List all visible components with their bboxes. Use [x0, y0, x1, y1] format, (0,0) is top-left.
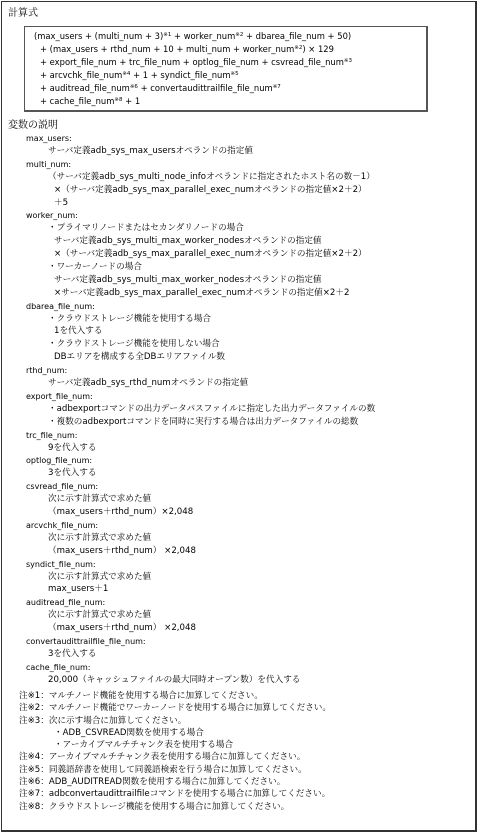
variable-description: 1を代入する — [54, 326, 102, 337]
variable-name: worker_num: — [26, 210, 78, 221]
formula-heading: 計算式 — [8, 8, 38, 20]
variable-description: DBエリアを構成する全DBエリアファイル数 — [54, 352, 225, 363]
variable-description: サーバ定義adb_sys_max_usersオペランドの指定値 — [48, 146, 253, 157]
variable-description: ・adbexportコマンドの出力データパスファイルに指定した出力データファイル… — [48, 404, 375, 415]
note-line: 注※3：次に示す場合に加算してください。 — [19, 716, 186, 727]
variable-name: dbarea_file_num: — [26, 301, 95, 312]
variable-name: optlog_file_num: — [26, 455, 92, 466]
variable-name: csvread_file_num: — [26, 481, 98, 492]
variable-description: ・プライマリノードまたはセカンダリノードの場合 — [48, 223, 244, 234]
variable-description: ×サーバ定義adb_sys_max_parallel_exec_numオペランド… — [54, 288, 349, 299]
note-line: 注※8：クラウドストレージ機能を使用する場合に加算してください。 — [19, 802, 289, 813]
variable-name: multi_num: — [26, 159, 71, 170]
variables-heading: 変数の説明 — [8, 120, 58, 132]
note-line: 注※1：マルチノード機能を使用する場合に加算してください。 — [19, 691, 263, 702]
variable-description: 次に示す計算式で求めた値 — [48, 610, 151, 621]
variable-description: （max_users＋rthd_num）×2,048 — [48, 507, 193, 518]
formula-line-2: + (max_users + rthd_num + 10 + multi_num… — [40, 44, 334, 55]
note-line: ・アーカイブマルチチャンク表を使用する場合 — [54, 740, 233, 751]
formula-box: (max_users + (multi_num + 3)※1 + worker_… — [24, 26, 428, 112]
variable-description: （サーバ定義adb_sys_multi_node_infoオペランドに指定された… — [48, 172, 375, 183]
variable-name: auditread_file_num: — [26, 597, 105, 608]
variable-description: サーバ定義adb_sys_multi_max_worker_nodesオペランド… — [54, 275, 322, 286]
variable-name: export_file_num: — [26, 391, 93, 402]
variable-description: サーバ定義adb_sys_multi_max_worker_nodesオペランド… — [54, 236, 322, 247]
variable-name: cache_file_num: — [26, 662, 91, 673]
variable-name: max_users: — [26, 133, 72, 144]
note-line: 注※6：ADB_AUDITREAD関数を使用する場合に加算してください。 — [19, 777, 285, 788]
variable-description: 3を代入する — [48, 468, 96, 479]
variable-description: サーバ定義adb_sys_rthd_numオペランドの指定値 — [48, 378, 248, 389]
variable-description: ・ワーカーノードの場合 — [48, 262, 142, 273]
document-frame: 計算式 (max_users + (multi_num + 3)※1 + wor… — [1, 1, 477, 832]
variable-description: （max_users＋rthd_num） ×2,048 — [48, 623, 196, 634]
note-line: 注※5：同義語辞書を使用して同義語検索を行う場合に加算してください。 — [19, 765, 307, 776]
variable-description: ×（サーバ定義adb_sys_max_parallel_exec_numオペラン… — [54, 249, 367, 260]
note-line: 注※2：マルチノード機能でワーカーノードを使用する場合に加算してください。 — [19, 703, 331, 714]
variable-name: trc_file_num: — [26, 430, 77, 441]
variable-description: 次に示す計算式で求めた値 — [48, 494, 151, 505]
variable-description: 20,000（キャッシュファイルの最大同時オープン数）を代入する — [48, 675, 300, 686]
variable-description: ・クラウドストレージ機能を使用しない場合 — [48, 339, 220, 350]
variable-name: convertaudittrailfile_file_num: — [26, 636, 146, 647]
variable-description: ×（サーバ定義adb_sys_max_parallel_exec_numオペラン… — [54, 185, 367, 196]
note-line: ・ADB_CSVREAD関数を使用する場合 — [54, 728, 204, 739]
variable-name: syndict_file_num: — [26, 559, 96, 570]
variable-description: ・クラウドストレージ機能を使用する場合 — [48, 314, 211, 325]
formula-line-4: + arcvchk_file_num※4 + 1 + syndict_file_… — [40, 70, 239, 81]
variable-name: arcvchk_file_num: — [26, 520, 98, 531]
formula-line-5: + auditread_file_num※6 + convertaudittra… — [40, 83, 281, 94]
variable-description: 次に示す計算式で求めた値 — [48, 572, 151, 583]
formula-line-6: + cache_file_num※8 + 1 — [40, 96, 140, 107]
variable-description: ＋5 — [54, 198, 68, 209]
variable-description: 3を代入する — [48, 649, 96, 660]
variable-description: max_users＋1 — [48, 584, 108, 595]
variable-description: ・複数のadbexportコマンドを同時に実行する場合は出力データファイルの総数 — [48, 417, 358, 428]
variable-description: 9を代入する — [48, 443, 96, 454]
variable-description: （max_users＋rthd_num） ×2,048 — [48, 546, 196, 557]
note-line: 注※4：アーカイブマルチチャンク表を使用する場合に加算してください。 — [19, 752, 305, 763]
formula-line-1: (max_users + (multi_num + 3)※1 + worker_… — [34, 31, 351, 42]
note-line: 注※7：adbconvertaudittrailfileコマンドを使用する場合に… — [19, 789, 330, 800]
variable-name: rthd_num: — [26, 365, 67, 376]
formula-line-3: + export_file_num + trc_file_num + optlo… — [40, 57, 352, 68]
variable-description: 次に示す計算式で求めた値 — [48, 533, 151, 544]
